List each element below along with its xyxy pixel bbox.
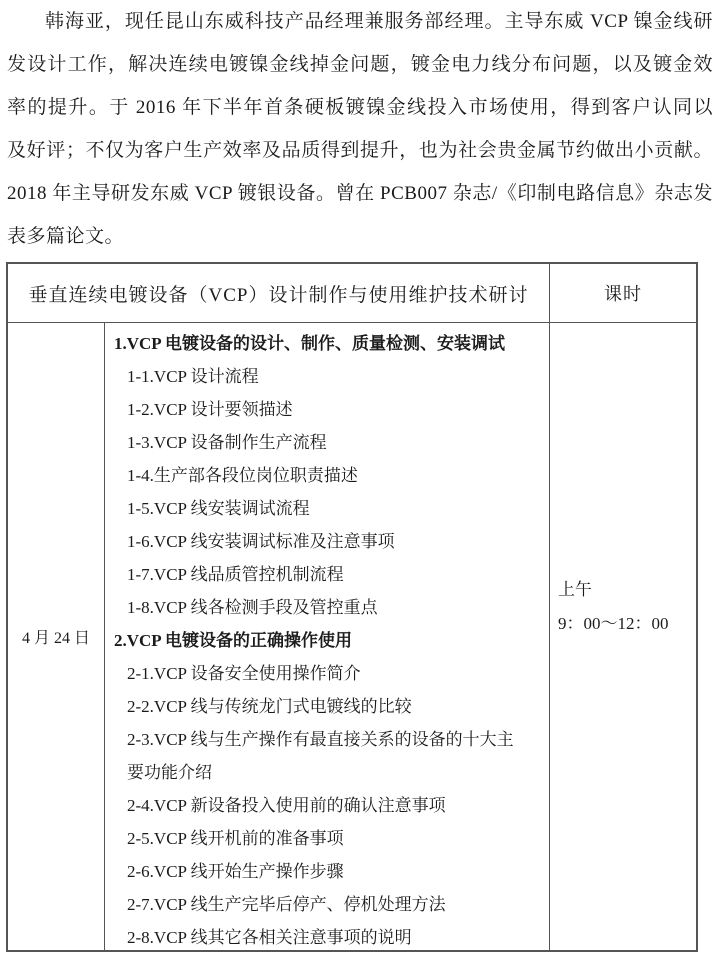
date-cell: 4 月 24 日	[8, 323, 105, 950]
intro-line: 韩海亚，现任昆山东威科技产品经理兼服务部经理。主导东威 VCP 镍金线研	[7, 0, 713, 43]
agenda-item: 2.VCP 电镀设备的正确操作使用	[105, 624, 549, 657]
agenda-item: 1-1.VCP 设计流程	[105, 360, 549, 393]
agenda-item: 2-6.VCP 线开始生产操作步骤	[105, 855, 549, 888]
agenda-item: 要功能介绍	[105, 756, 549, 789]
agenda-item: 2-2.VCP 线与传统龙门式电镀线的比较	[105, 690, 549, 723]
agenda-item: 1-5.VCP 线安装调试流程	[105, 492, 549, 525]
agenda-item: 1-2.VCP 设计要领描述	[105, 393, 549, 426]
intro-line: 率的提升。于 2016 年下半年首条硬板镀镍金线投入市场使用，得到客户认同以	[7, 86, 713, 129]
agenda-item: 2-5.VCP 线开机前的准备事项	[105, 822, 549, 855]
intro-line: 2018 年主导研发东威 VCP 镀银设备。曾在 PCB007 杂志/《印制电路…	[7, 172, 713, 215]
session-hours: 9：00～12：00	[558, 607, 669, 641]
hours-column-header: 课时	[550, 264, 696, 323]
agenda-item: 2-3.VCP 线与生产操作有最直接关系的设备的十大主	[105, 723, 549, 756]
course-agenda-table: 垂直连续电镀设备（VCP）设计制作与使用维护技术研讨 课时 4 月 24 日 1…	[6, 262, 698, 952]
agenda-item: 2-4.VCP 新设备投入使用前的确认注意事项	[105, 789, 549, 822]
intro-line: 及好评；不仅为客户生产效率及品质得到提升，也为社会贵金属节约做出小贡献。	[7, 129, 713, 172]
table-title: 垂直连续电镀设备（VCP）设计制作与使用维护技术研讨	[8, 264, 550, 323]
agenda-item: 1.VCP 电镀设备的设计、制作、质量检测、安装调试	[105, 327, 549, 360]
session-time: 上午 9：00～12：00	[558, 573, 669, 641]
agenda-item: 2-8.VCP 线其它各相关注意事项的说明	[105, 921, 549, 950]
agenda-item: 2-7.VCP 线生产完毕后停产、停机处理方法	[105, 888, 549, 921]
session-period: 上午	[558, 573, 669, 607]
agenda-cell: 1.VCP 电镀设备的设计、制作、质量检测、安装调试1-1.VCP 设计流程1-…	[105, 323, 550, 950]
agenda-item: 2-1.VCP 设备安全使用操作简介	[105, 657, 549, 690]
intro-paragraph: 韩海亚，现任昆山东威科技产品经理兼服务部经理。主导东威 VCP 镍金线研发设计工…	[7, 0, 713, 258]
intro-line: 表多篇论文。	[7, 215, 713, 258]
agenda-item: 1-3.VCP 设备制作生产流程	[105, 426, 549, 459]
time-cell: 上午 9：00～12：00	[550, 323, 696, 950]
agenda-item: 1-6.VCP 线安装调试标准及注意事项	[105, 525, 549, 558]
agenda-item: 1-4.生产部各段位岗位职责描述	[105, 459, 549, 492]
agenda-item: 1-8.VCP 线各检测手段及管控重点	[105, 591, 549, 624]
agenda-item: 1-7.VCP 线品质管控机制流程	[105, 558, 549, 591]
intro-line: 发设计工作，解决连续电镀镍金线掉金问题，镀金电力线分布问题，以及镀金效	[7, 43, 713, 86]
